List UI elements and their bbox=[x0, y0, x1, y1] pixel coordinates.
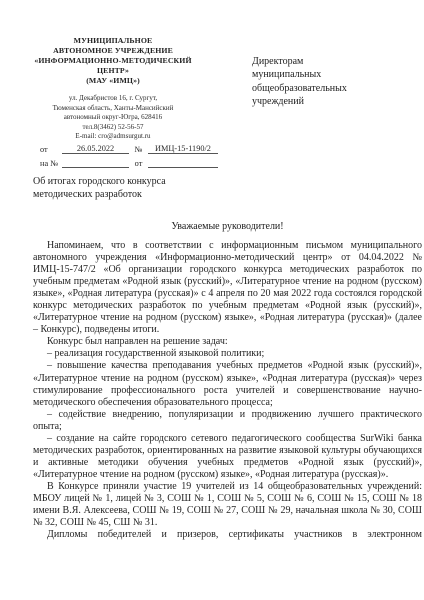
subject-line: Об итогах городского конкурса bbox=[33, 176, 233, 189]
recipient-line: Директорам bbox=[252, 55, 382, 68]
letter-body: Напоминаем, что в соответствии с информа… bbox=[33, 240, 422, 541]
address-line: тел.8(3462) 52-56-57 bbox=[33, 123, 193, 133]
recipient-line: муниципальных bbox=[252, 68, 382, 81]
greeting: Уважаемые руководители! bbox=[33, 221, 422, 232]
incoming-number-blank bbox=[62, 167, 129, 168]
incoming-reference-row: на № от bbox=[40, 154, 218, 168]
letter-page: МУНИЦИПАЛЬНОЕ АВТОНОМНОЕ УЧРЕЖДЕНИЕ «ИНФ… bbox=[0, 0, 424, 600]
incoming-date-label: от bbox=[129, 159, 148, 168]
outgoing-number-label: № bbox=[129, 145, 148, 154]
letterhead-address: ул. Декабристов 16, г. Сургут, Тюменская… bbox=[33, 94, 193, 142]
outgoing-date-label: от bbox=[40, 145, 62, 154]
outgoing-reference-row: от 26.05.2022 № ИМЦ-15-1190/2 bbox=[40, 140, 218, 154]
body-paragraph: – создание на сайте городского сетевого … bbox=[33, 433, 422, 481]
body-paragraph: Напоминаем, что в соответствии с информа… bbox=[33, 240, 422, 336]
recipient-line: общеобразовательных bbox=[252, 82, 382, 95]
reference-block: от 26.05.2022 № ИМЦ-15-1190/2 на № от bbox=[40, 140, 218, 168]
recipient-block: Директорам муниципальных общеобразовател… bbox=[252, 55, 382, 109]
org-name-line: АВТОНОМНОЕ УЧРЕЖДЕНИЕ bbox=[33, 46, 193, 56]
org-name-line: (МАУ «ИМЦ») bbox=[33, 76, 193, 86]
subject-line: методических разработок bbox=[33, 189, 233, 202]
org-name-line: МУНИЦИПАЛЬНОЕ bbox=[33, 36, 193, 46]
address-line: автономный округ-Югра, 628416 bbox=[33, 113, 193, 123]
address-line: ул. Декабристов 16, г. Сургут, bbox=[33, 94, 193, 104]
body-paragraph: – реализация государственной языковой по… bbox=[33, 348, 422, 360]
address-line: Тюменская область, Ханты-Мансийский bbox=[33, 104, 193, 114]
body-paragraph: – содействие внедрению, популяризации и … bbox=[33, 409, 422, 433]
incoming-date-blank bbox=[148, 167, 218, 168]
body-paragraph: В Конкурсе приняли участие 19 учителей и… bbox=[33, 481, 422, 529]
letterhead-org-name: МУНИЦИПАЛЬНОЕ АВТОНОМНОЕ УЧРЕЖДЕНИЕ «ИНФ… bbox=[33, 36, 193, 86]
recipient-line: учреждений bbox=[252, 95, 382, 108]
outgoing-number-value: ИМЦ-15-1190/2 bbox=[148, 144, 218, 154]
subject-block: Об итогах городского конкурса методическ… bbox=[33, 176, 233, 201]
body-paragraph-truncated: Дипломы победителей и призеров, сертифик… bbox=[33, 529, 422, 541]
incoming-number-label: на № bbox=[40, 159, 62, 168]
body-paragraph: Конкурс был направлен на решение задач: bbox=[33, 336, 422, 348]
body-paragraph: – повышение качества преподавания учебны… bbox=[33, 360, 422, 408]
org-name-line: ЦЕНТР» bbox=[33, 66, 193, 76]
org-name-line: «ИНФОРМАЦИОННО-МЕТОДИЧЕСКИЙ bbox=[33, 56, 193, 66]
outgoing-date-value: 26.05.2022 bbox=[62, 144, 129, 154]
